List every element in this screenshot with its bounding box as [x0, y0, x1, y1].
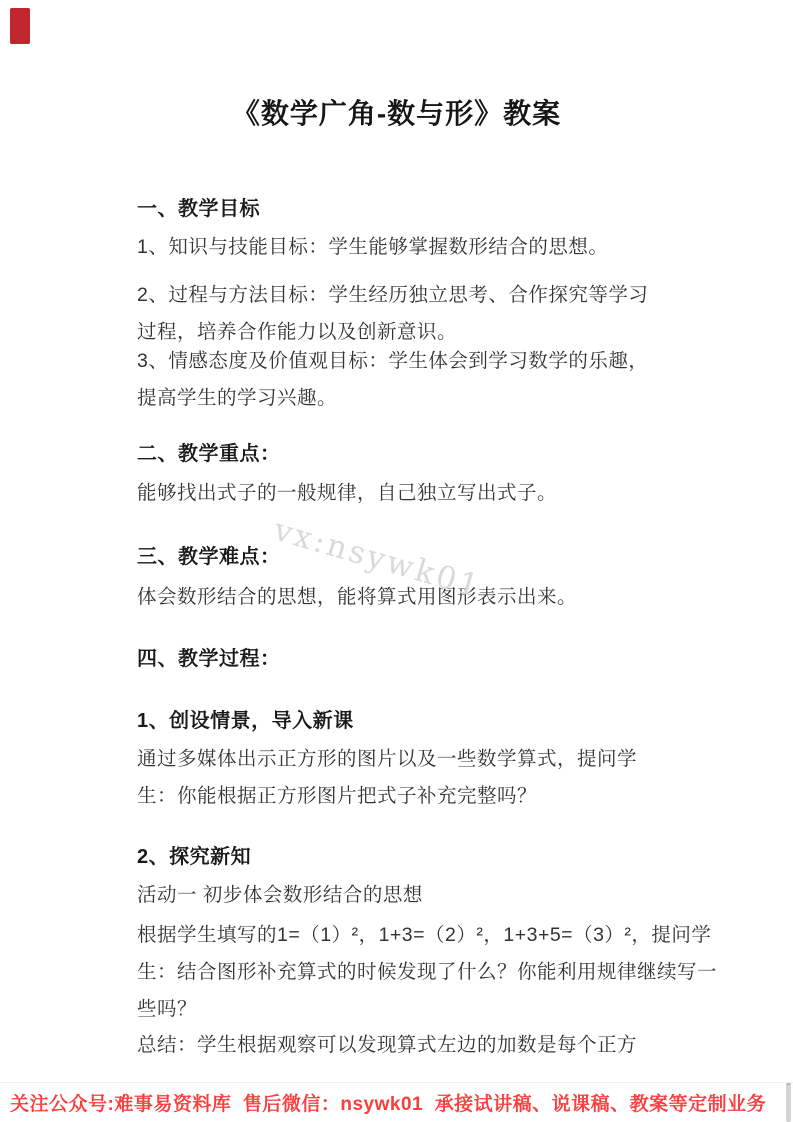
paragraph-objective-3: 3、情感态度及价值观目标：学生体会到学习数学的乐趣，提高学生的学习兴趣。 — [137, 343, 661, 417]
section-heading-objectives: 一、教学目标 — [137, 191, 661, 228]
scrollbar-thumb[interactable] — [786, 1083, 791, 1122]
red-corner-mark — [10, 8, 30, 44]
paragraph-difficulties: 体会数形结合的思想，能将算式用图形表示出来。 — [137, 579, 661, 616]
step-heading-lead-in: 1、创设情景，导入新课 — [137, 703, 661, 740]
document-page: 《数学广角-数与形》教案 一、教学目标 1、知识与技能目标：学生能够掌握数形结合… — [0, 0, 793, 1122]
paragraph-summary: 总结：学生根据观察可以发现算式左边的加数是每个正方 — [137, 1027, 661, 1064]
paragraph-formulas: 根据学生填写的1=（1）²，1+3=（2）²，1+3+5=（3）²，提问学生：结… — [137, 917, 717, 1028]
paragraph-key-points: 能够找出式子的一般规律，自己独立写出式子。 — [137, 475, 661, 512]
section-heading-key-points: 二、教学重点： — [137, 436, 661, 473]
section-heading-difficulties: 三、教学难点： — [137, 539, 661, 576]
paragraph-activity-one: 活动一 初步体会数形结合的思想 — [137, 877, 661, 914]
paragraph-objective-2: 2、过程与方法目标：学生经历独立思考、合作探究等学习过程，培养合作能力以及创新意… — [137, 277, 661, 351]
footer-banner: 关注公众号:难事易资料库 售后微信：nsywk01 承接试讲稿、说课稿、教案等定… — [0, 1082, 793, 1122]
paragraph-objective-1: 1、知识与技能目标：学生能够掌握数形结合的思想。 — [137, 229, 661, 266]
step-heading-explore: 2、探究新知 — [137, 839, 661, 876]
section-heading-process: 四、教学过程： — [137, 641, 661, 678]
footer-promo-text: 关注公众号:难事易资料库 售后微信：nsywk01 承接试讲稿、说课稿、教案等定… — [0, 1089, 766, 1116]
page-title: 《数学广角-数与形》教案 — [0, 92, 793, 132]
paragraph-lead-in: 通过多媒体出示正方形的图片以及一些数学算式，提问学生：你能根据正方形图片把式子补… — [137, 741, 661, 815]
